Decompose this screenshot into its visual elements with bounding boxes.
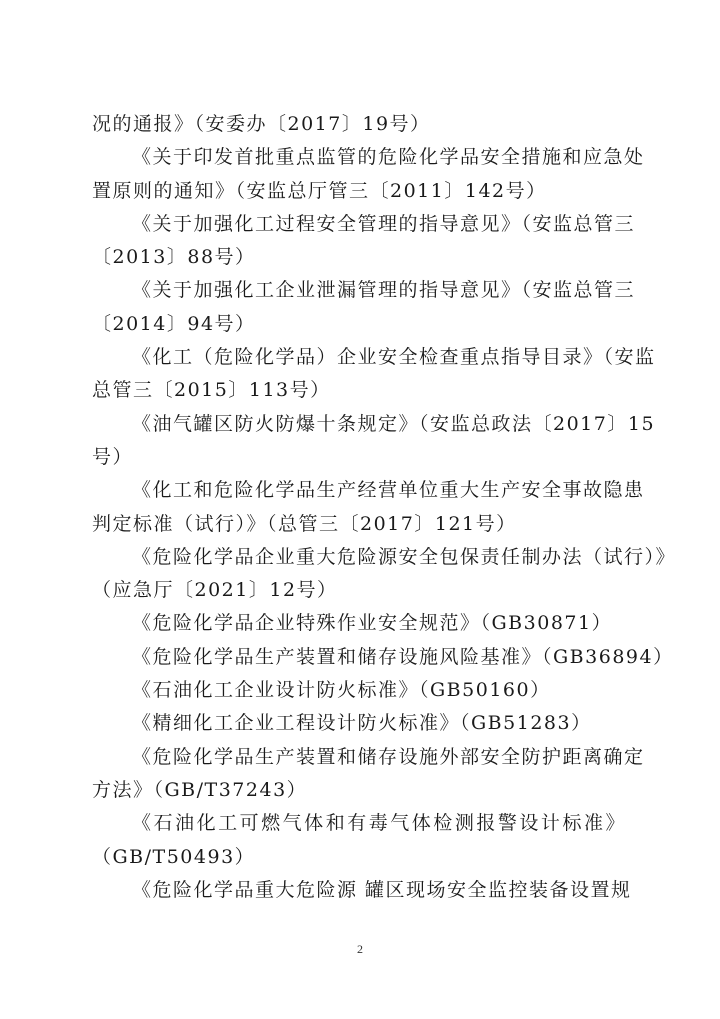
text-line: 号）	[92, 441, 626, 474]
text-line: 判定标准（试行）》（总管三〔2017〕121号）	[92, 508, 626, 541]
text-line: 《石油化工可燃气体和有毒气体检测报警设计标准》	[92, 807, 626, 840]
text-line: 置原则的通知》（安监总厅管三〔2011〕142号）	[92, 175, 626, 208]
text-line: 《油气罐区防火防爆十条规定》（安监总政法〔2017〕15	[92, 408, 626, 441]
text-line: 《关于印发首批重点监管的危险化学品安全措施和应急处	[92, 141, 626, 174]
text-line: 《化工（危险化学品）企业安全检查重点指导目录》（安监	[92, 341, 626, 374]
text-line: 《危险化学品重大危险源 罐区现场安全监控装备设置规	[92, 874, 626, 907]
text-line: 〔2014〕94号）	[92, 308, 626, 341]
text-line: 《关于加强化工企业泄漏管理的指导意见》（安监总管三	[92, 274, 626, 307]
text-line: 《危险化学品生产装置和储存设施风险基准》（GB36894）	[92, 641, 626, 674]
text-line: 《危险化学品生产装置和储存设施外部安全防护距离确定	[92, 741, 626, 774]
text-line: 《精细化工企业工程设计防火标准》（GB51283）	[92, 707, 626, 740]
document-body: 况的通报》（安委办〔2017〕19号） 《关于印发首批重点监管的危险化学品安全措…	[92, 108, 626, 907]
text-line: 总管三〔2015〕113号）	[92, 374, 626, 407]
text-line: 《化工和危险化学品生产经营单位重大生产安全事故隐患	[92, 474, 626, 507]
text-line: 《危险化学品企业特殊作业安全规范》（GB30871）	[92, 607, 626, 640]
text-line: 《石油化工企业设计防火标准》（GB50160）	[92, 674, 626, 707]
text-line: （GB/T50493）	[92, 841, 626, 874]
text-line: 《危险化学品企业重大危险源安全包保责任制办法（试行）》	[92, 541, 626, 574]
text-line: 方法》（GB/T37243）	[92, 774, 626, 807]
page-number: 2	[0, 942, 720, 957]
text-line: 况的通报》（安委办〔2017〕19号）	[92, 108, 626, 141]
text-line: 〔2013〕88号）	[92, 241, 626, 274]
text-line: 《关于加强化工过程安全管理的指导意见》（安监总管三	[92, 208, 626, 241]
text-line: （应急厅〔2021〕12号）	[92, 574, 626, 607]
